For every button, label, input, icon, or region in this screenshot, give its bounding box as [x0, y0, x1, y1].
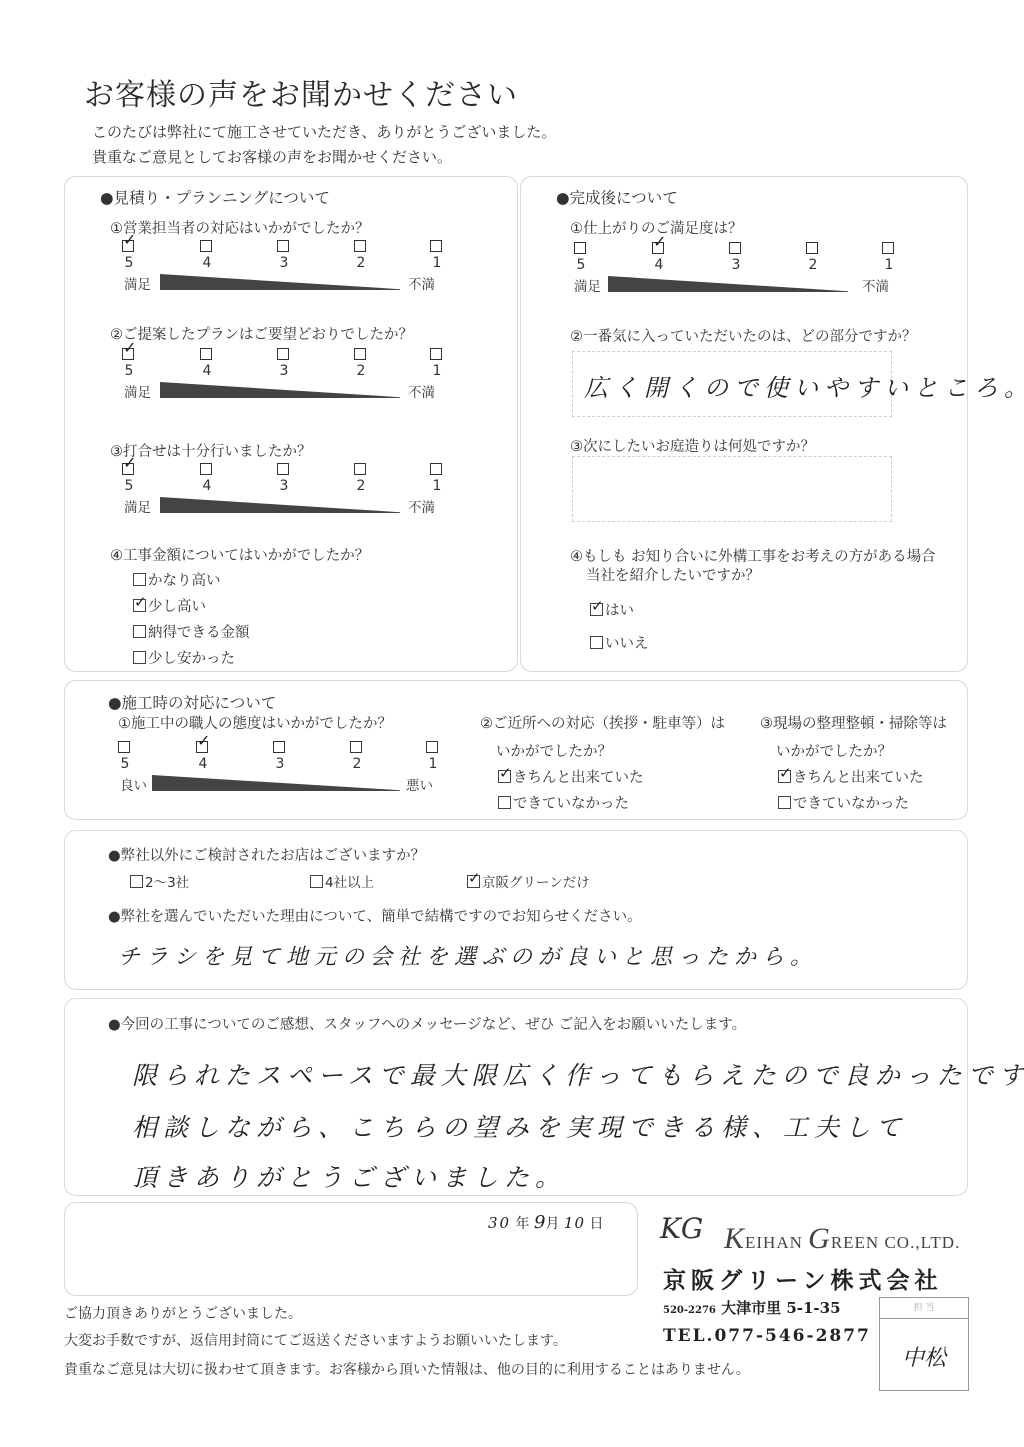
option-label: 2～3社: [145, 875, 189, 891]
scale-num: 3: [278, 255, 290, 271]
scale-left-label: 満足: [124, 496, 151, 516]
scale-right-label: 不満: [408, 381, 435, 401]
rating-2-checkbox[interactable]: [354, 240, 366, 252]
company-name-jp: 京阪グリーン株式会社: [663, 1262, 943, 1295]
construction-q1-scale: 5 4 3 2 1 良い 悪い: [118, 741, 438, 801]
date-field: 30 年 9月 10 日: [488, 1212, 603, 1233]
scale-num: 1: [431, 478, 443, 494]
stores-option-2-3[interactable]: 2～3社: [130, 871, 189, 891]
rating-5-checkbox[interactable]: [118, 741, 130, 753]
date-year: 30: [488, 1214, 511, 1232]
after-q2-label: ②一番気に入っていただいたのは、どの部分ですか？: [570, 325, 917, 346]
rating-3-checkbox[interactable]: [277, 348, 289, 360]
neighbor-option-done[interactable]: きちんと出来ていた: [498, 766, 644, 787]
option-label: 納得できる金額: [148, 625, 250, 641]
checkbox[interactable]: [133, 599, 146, 612]
favorite-part-answer: 広く開くので使いやすいところ。: [584, 368, 1024, 403]
rating-5-checkbox[interactable]: [122, 463, 134, 475]
checkbox[interactable]: [498, 796, 511, 809]
other-stores-heading: ●弊社以外にご検討されたお店はございますか？: [108, 844, 425, 865]
logo-mid: EIHAN: [745, 1233, 808, 1252]
staff-header: 担 当: [880, 1298, 968, 1319]
comments-line-1: 限られたスペースで最大限広く作ってもらえたので良かったです。: [132, 1056, 1024, 1092]
rating-4-checkbox[interactable]: [652, 242, 664, 254]
intro-line-2: 貴重なご意見としてお客様の声をお聞かせください。: [92, 146, 452, 167]
footer-privacy: 貴重なご意見は大切に扱わせて頂きます。お客様から頂いた情報は、他の目的に利用する…: [64, 1359, 750, 1379]
rating-2-checkbox[interactable]: [806, 242, 818, 254]
company-name-en: KEIHAN GREEN CO.,LTD.: [724, 1222, 960, 1256]
kg-logo-icon: KG: [660, 1212, 710, 1252]
estimate-q2-scale: 5 4 3 2 1 満足 不満: [122, 348, 442, 408]
cleanup-option-done[interactable]: きちんと出来ていた: [778, 766, 924, 787]
date-month: 9: [534, 1212, 545, 1233]
rating-4-checkbox[interactable]: [200, 240, 212, 252]
company-address: 520-2276 大津市里 5-1-35: [663, 1297, 841, 1318]
after-q3-label: ③次にしたいお庭造りは何処ですか？: [570, 435, 815, 456]
rating-5-checkbox[interactable]: [122, 348, 134, 360]
price-option-very-high[interactable]: かなり高い: [133, 569, 221, 590]
checkbox[interactable]: [778, 796, 791, 809]
next-garden-field[interactable]: [572, 456, 892, 522]
estimate-q1-scale: 5 4 3 2 1 満足 不満: [122, 240, 442, 300]
after-q4-label-1: ④もしも お知り合いに外構工事をお考えの方がある場合: [570, 545, 936, 566]
option-label: 少し高い: [148, 599, 206, 615]
date-month-unit: 月: [545, 1216, 559, 1232]
scale-num: 2: [807, 257, 819, 273]
scale-left-label: 満足: [574, 275, 601, 295]
comments-line-2: 相談しながら、こちらの望みを実現できる様、工夫して: [132, 1108, 907, 1144]
scale-num: 5: [123, 478, 135, 494]
scale-num: 5: [575, 257, 587, 273]
stores-option-4-plus[interactable]: 4社以上: [310, 871, 374, 891]
option-label: 少し安かった: [148, 651, 235, 667]
cleanup-option-not-done[interactable]: できていなかった: [778, 792, 909, 813]
scale-wedge: [160, 497, 400, 513]
street-address: 大津市里 5-1-35: [721, 1299, 840, 1317]
scale-num: 5: [123, 255, 135, 271]
scale-num: 1: [431, 363, 443, 379]
scale-num: 2: [351, 756, 363, 772]
scale-left-label: 満足: [124, 273, 151, 293]
construction-q2-label-1: ②ご近所への対応（挨拶・駐車等）は: [480, 712, 725, 733]
zip-code: 520-2276: [663, 1305, 716, 1316]
logo-end: REEN CO.,LTD.: [831, 1233, 961, 1252]
rating-4-checkbox[interactable]: [200, 463, 212, 475]
company-logo: KG KEIHAN GREEN CO.,LTD.: [660, 1212, 980, 1252]
intro-line-1: このたびは弊社にて施工させていただき、ありがとうございました。: [92, 121, 556, 142]
reason-answer: チラシを見て地元の会社を選ぶのが良いと思ったから。: [118, 940, 818, 971]
estimate-q1-label: ①営業担当者の対応はいかがでしたか？: [110, 217, 370, 238]
scale-num: 1: [883, 257, 895, 273]
rating-3-checkbox[interactable]: [277, 463, 289, 475]
scale-left-label: 満足: [124, 381, 151, 401]
rating-3-checkbox[interactable]: [273, 741, 285, 753]
scale-right-label: 悪い: [406, 774, 433, 794]
construction-q1-label: ①施工中の職人の態度はいかがでしたか？: [118, 712, 392, 733]
date-day: 10: [564, 1214, 585, 1232]
scale-num: 2: [355, 255, 367, 271]
scale-num: 5: [119, 756, 131, 772]
scale-right-label: 不満: [862, 275, 889, 295]
rating-1-checkbox[interactable]: [430, 463, 442, 475]
scale-num: 5: [123, 363, 135, 379]
scale-num: 4: [653, 257, 665, 273]
rating-2-checkbox[interactable]: [354, 348, 366, 360]
option-label: できていなかった: [513, 796, 629, 812]
estimate-q3-label: ③打合せは十分行いましたか？: [110, 440, 312, 461]
scale-num: 3: [274, 756, 286, 772]
company-tel: TEL.077-546-2877: [663, 1326, 871, 1346]
checkbox[interactable]: [778, 770, 791, 783]
rating-3-checkbox[interactable]: [277, 240, 289, 252]
date-year-unit: 年: [516, 1216, 530, 1232]
price-option-slightly-high[interactable]: 少し高い: [133, 595, 206, 616]
estimate-q3-scale: 5 4 3 2 1 満足 不満: [122, 463, 442, 523]
option-label: 4社以上: [325, 875, 374, 891]
scale-num: 2: [355, 478, 367, 494]
option-label: かなり高い: [148, 573, 221, 589]
scale-wedge: [152, 775, 400, 791]
scale-num: 4: [197, 756, 209, 772]
scale-right-label: 不満: [408, 273, 435, 293]
reason-heading: ●弊社を選んでいただいた理由について、簡単で結構ですのでお知らせください。: [108, 905, 642, 926]
rating-1-checkbox[interactable]: [430, 348, 442, 360]
rating-4-checkbox[interactable]: [200, 348, 212, 360]
scale-num: 3: [278, 363, 290, 379]
staff-box: 担 当 中松: [879, 1297, 969, 1391]
option-label: できていなかった: [793, 796, 909, 812]
scale-num: 4: [201, 363, 213, 379]
rating-5-checkbox[interactable]: [574, 242, 586, 254]
option-label: きちんと出来ていた: [793, 770, 924, 786]
rating-2-checkbox[interactable]: [354, 463, 366, 475]
option-label: 京阪グリーンだけ: [482, 875, 590, 891]
scale-right-label: 不満: [408, 496, 435, 516]
scale-wedge: [160, 274, 400, 290]
refer-option-no[interactable]: いいえ: [590, 632, 649, 653]
footer-return-request: 大変お手数ですが、返信用封筒にてご返送くださいますようお願いいたします。: [64, 1330, 567, 1350]
after-heading: ●完成後について: [556, 186, 678, 208]
checkbox[interactable]: [498, 770, 511, 783]
logo-k: K: [724, 1222, 745, 1255]
construction-heading: ●施工時の対応について: [108, 691, 276, 713]
price-option-slightly-cheap[interactable]: 少し安かった: [133, 647, 235, 668]
date-day-unit: 日: [589, 1216, 603, 1232]
after-q1-scale: 5 4 3 2 1 満足 不満: [574, 242, 894, 302]
footer-thanks: ご協力頂きありがとうございました。: [64, 1303, 302, 1323]
price-option-reasonable[interactable]: 納得できる金額: [133, 621, 250, 642]
scale-num: 4: [201, 255, 213, 271]
checkbox[interactable]: [133, 625, 146, 638]
rating-2-checkbox[interactable]: [350, 741, 362, 753]
comments-line-3: 頂きありがとうございました。: [132, 1158, 566, 1194]
scale-num: 4: [201, 478, 213, 494]
scale-num: 2: [355, 363, 367, 379]
checkbox[interactable]: [133, 651, 146, 664]
scale-num: 1: [431, 255, 443, 271]
construction-q3-label-2: いかがでしたか？: [776, 740, 892, 761]
scale-num: 1: [427, 756, 439, 772]
construction-q2-label-2: いかがでしたか？: [496, 740, 612, 761]
option-label: はい: [605, 603, 634, 619]
checkbox[interactable]: [590, 636, 603, 649]
option-label: いいえ: [605, 636, 649, 652]
option-label: きちんと出来ていた: [513, 770, 644, 786]
scale-left-label: 良い: [120, 774, 147, 794]
staff-signature: 中松: [880, 1341, 968, 1372]
stores-option-keihan-only[interactable]: 京阪グリーンだけ: [467, 871, 590, 891]
checkbox[interactable]: [467, 875, 480, 888]
comments-heading: ●今回の工事についてのご感想、スタッフへのメッセージなど、ぜひ ご記入をお願いい…: [108, 1013, 746, 1034]
neighbor-option-not-done[interactable]: できていなかった: [498, 792, 629, 813]
scale-num: 3: [730, 257, 742, 273]
estimate-q4-label: ④工事金額についてはいかがでしたか？: [110, 544, 369, 565]
page-title: お客様の声をお聞かせください: [84, 70, 518, 114]
refer-option-yes[interactable]: はい: [590, 599, 634, 620]
estimate-heading: ●見積り・プランニングについて: [100, 186, 330, 208]
construction-q3-label-1: ③現場の整理整頓・掃除等は: [760, 712, 947, 733]
checkbox[interactable]: [130, 875, 143, 888]
rating-1-checkbox[interactable]: [430, 240, 442, 252]
rating-4-checkbox[interactable]: [196, 741, 208, 753]
estimate-q2-label: ②ご提案したプランはご要望どおりでしたか？: [110, 323, 413, 344]
logo-g: G: [808, 1222, 831, 1255]
rating-3-checkbox[interactable]: [729, 242, 741, 254]
rating-1-checkbox[interactable]: [882, 242, 894, 254]
scale-num: 3: [278, 478, 290, 494]
checkbox[interactable]: [310, 875, 323, 888]
scale-wedge: [608, 276, 848, 292]
checkbox[interactable]: [133, 573, 146, 586]
rating-5-checkbox[interactable]: [122, 240, 134, 252]
checkbox[interactable]: [590, 603, 603, 616]
after-q4-label-2: 当社を紹介したいですか？: [586, 564, 760, 585]
rating-1-checkbox[interactable]: [426, 741, 438, 753]
scale-wedge: [160, 382, 400, 398]
